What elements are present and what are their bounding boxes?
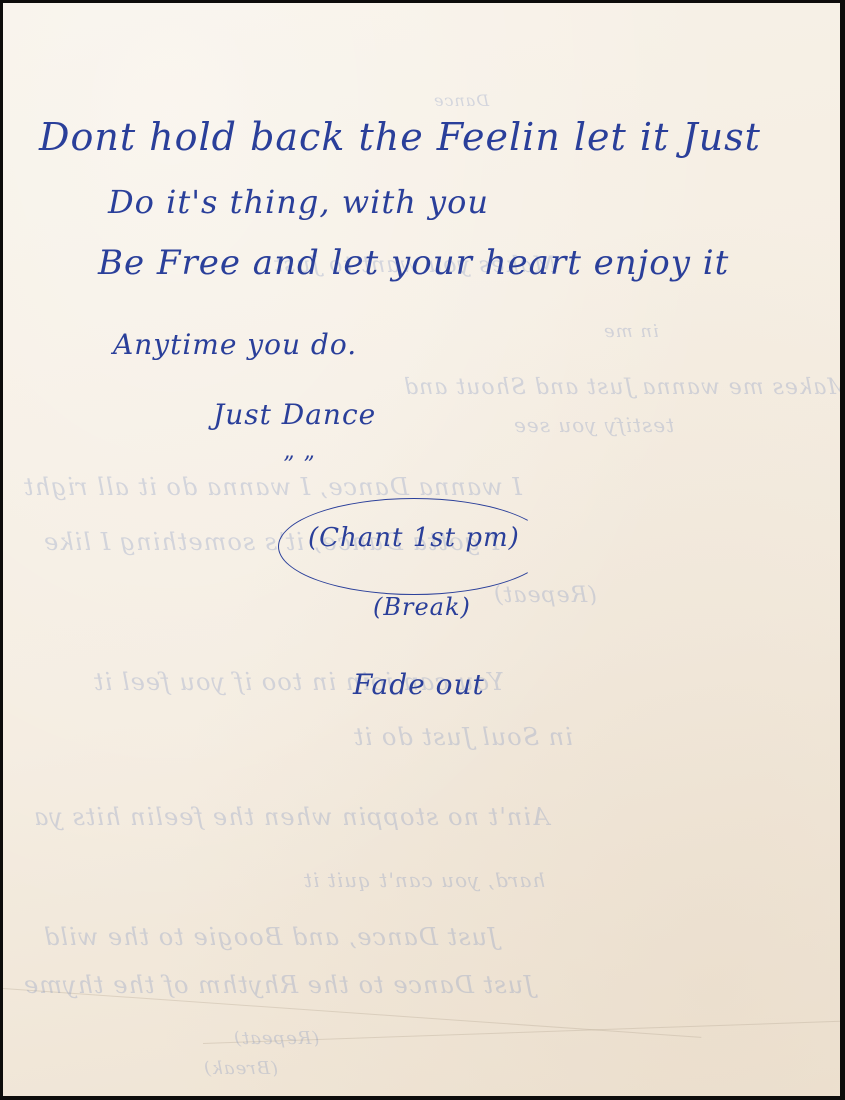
bleed-through-text: hard, you can't quit it <box>303 868 545 892</box>
break-note: (Break) <box>373 593 471 621</box>
bleed-through-text: Just Dance, and Boogie to the wild <box>43 923 498 951</box>
bleed-through-text: Ain't no stoppin when the feelin hits ya <box>33 803 549 831</box>
lyric-line-5: Just Dance <box>213 398 376 431</box>
bleed-through-text: I wanna Dance, I wanna do it all right <box>23 473 522 501</box>
bleed-through-text: (Repeat) <box>493 583 597 608</box>
fade-out-note: Fade out <box>353 668 485 701</box>
bleed-through-text: testify you see <box>513 413 674 437</box>
bleed-through-text: Dance <box>433 91 489 110</box>
bleed-through-text: in me <box>603 321 659 342</box>
lyric-line-1: Dont hold back the Feelin let it Just <box>39 115 761 159</box>
bleed-through-text: in Soul Just do it <box>353 723 573 751</box>
lyrics-sheet: Dance Makes you want to Just in me Makes… <box>3 3 840 1096</box>
bleed-through-text: (Break) <box>203 1058 278 1079</box>
bleed-through-text: Makes me wanna Just and Shout and <box>403 375 840 400</box>
chant-note: (Chant 1st pm) <box>308 523 520 553</box>
lyric-line-4: Anytime you do. <box>113 328 357 361</box>
bleed-through-text: (Repeat) <box>233 1028 319 1049</box>
lyric-line-3: Be Free and let your heart enjoy it <box>98 243 729 283</box>
lyric-line-2: Do it's thing, with you <box>108 183 489 221</box>
bleed-through-text: Just Dance to the Rhythm of the thyme <box>23 971 534 999</box>
ditto-marks: ” ” <box>283 453 316 478</box>
